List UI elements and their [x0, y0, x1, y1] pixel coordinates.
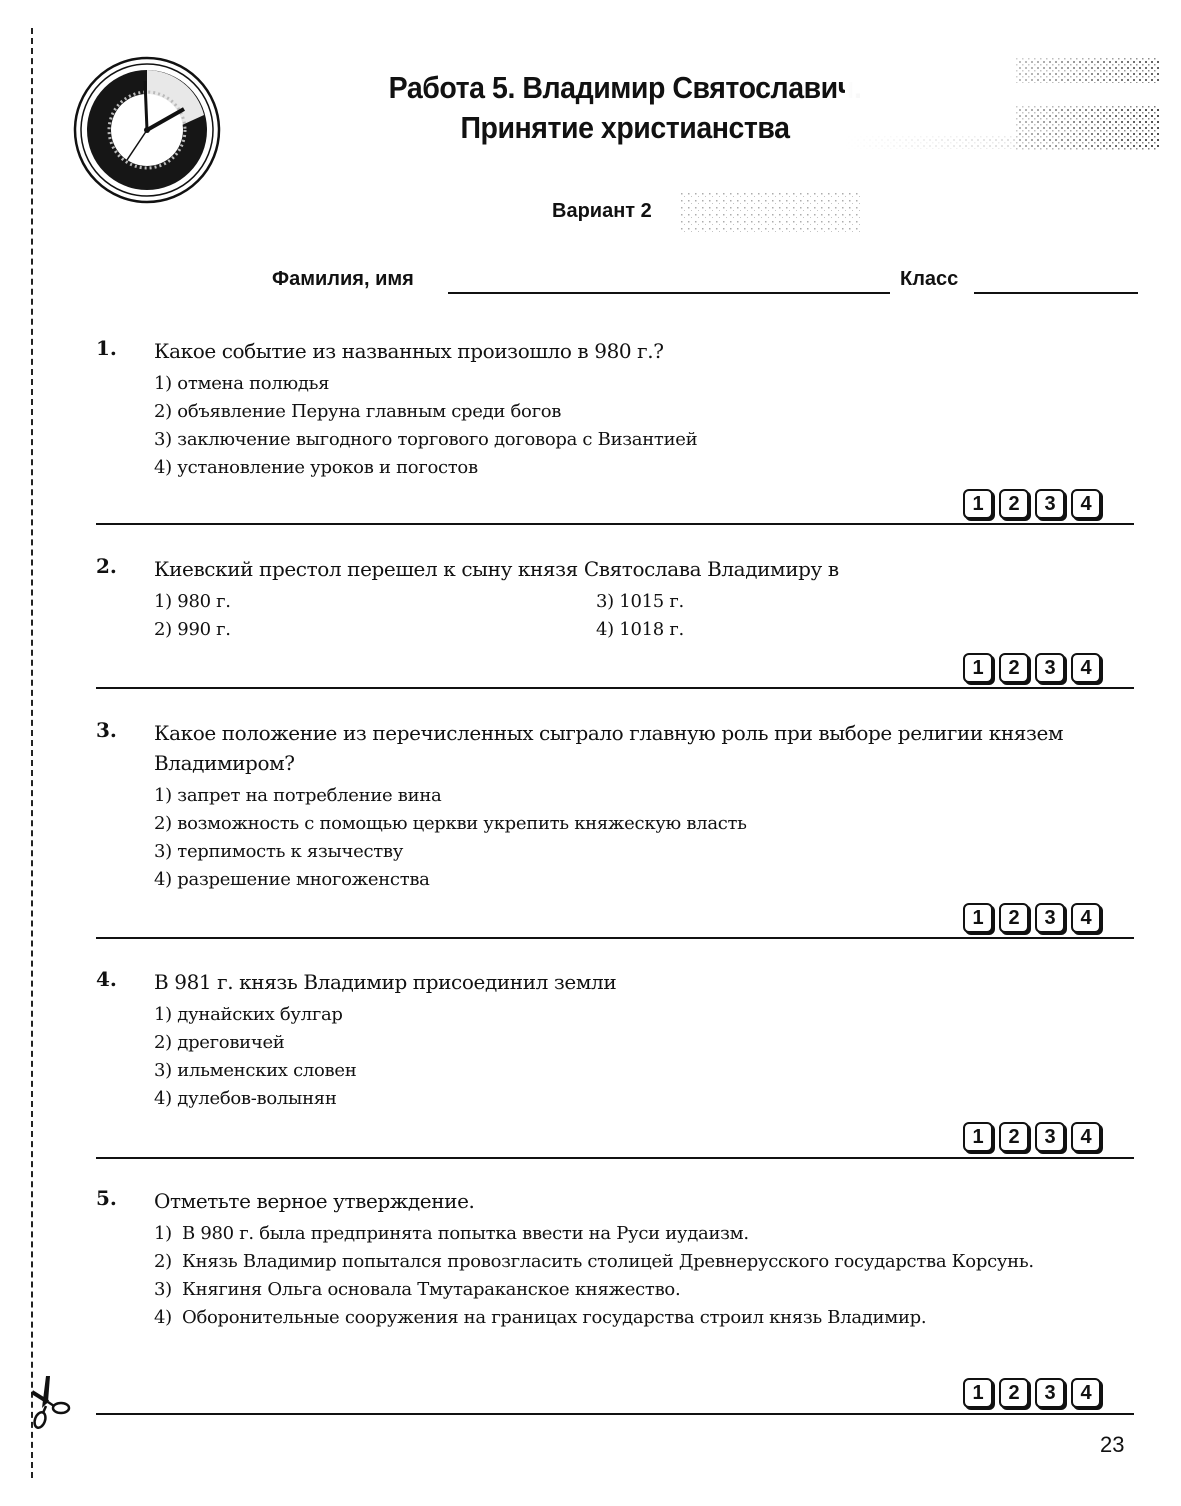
- name-field[interactable]: [448, 292, 890, 294]
- separator: [96, 1413, 1134, 1415]
- question-number: 1.: [96, 336, 117, 360]
- separator: [96, 937, 1134, 939]
- option-3: 3) 1015 г.: [596, 588, 896, 616]
- option-1: 1)В 980 г. была предпринята попытка ввес…: [154, 1220, 1138, 1248]
- question-4: 4. В 981 г. князь Владимир присоединил з…: [96, 967, 1138, 1113]
- options-list: 1)В 980 г. была предпринята попытка ввес…: [154, 1220, 1138, 1332]
- answer-box-4[interactable]: 4: [1071, 903, 1101, 933]
- question-text: Отметьте верное утверждение.: [154, 1186, 1138, 1216]
- option-2: 2) 990 г.: [154, 616, 596, 644]
- option-1: 1) запрет на потребление вина: [154, 782, 1138, 810]
- question-text: В 981 г. князь Владимир присоединил земл…: [154, 967, 1138, 997]
- options-list: 1) 980 г. 2) 990 г. 3) 1015 г. 4) 1018 г…: [154, 588, 1138, 644]
- answer-box-2[interactable]: 2: [999, 1122, 1029, 1152]
- option-2: 2) дреговичей: [154, 1029, 1138, 1057]
- answer-box-2[interactable]: 2: [999, 903, 1029, 933]
- question-1: 1. Какое событие из названных произошло …: [96, 336, 1138, 482]
- answer-box-1[interactable]: 1: [963, 653, 993, 683]
- question-2: 2. Киевский престол перешел к сыну князя…: [96, 554, 1138, 644]
- answer-boxes-q1: 1 2 3 4: [963, 489, 1101, 519]
- answer-boxes-q3: 1 2 3 4: [963, 903, 1101, 933]
- question-number: 2.: [96, 554, 117, 578]
- answer-box-1[interactable]: 1: [963, 489, 993, 519]
- answer-box-3[interactable]: 3: [1035, 903, 1065, 933]
- variant-label: Вариант 2: [552, 200, 652, 223]
- question-text: Какое событие из названных произошло в 9…: [154, 336, 1138, 366]
- option-3: 3) заключение выгодного торгового догово…: [154, 426, 1138, 454]
- option-1: 1) дунайских булгар: [154, 1001, 1138, 1029]
- student-info-row: Фамилия, имя Класс: [272, 266, 1138, 296]
- answer-box-4[interactable]: 4: [1071, 1378, 1101, 1408]
- question-5: 5. Отметьте верное утверждение. 1)В 980 …: [96, 1186, 1138, 1332]
- separator: [96, 687, 1134, 689]
- page-title: Работа 5. Владимир Святославич. Принятие…: [326, 68, 924, 148]
- cut-line: [31, 28, 33, 1478]
- answer-box-1[interactable]: 1: [963, 1378, 993, 1408]
- answer-box-1[interactable]: 1: [963, 1122, 993, 1152]
- variant-texture-decoration: [680, 192, 860, 234]
- question-number: 3.: [96, 718, 117, 742]
- question-number: 4.: [96, 967, 117, 991]
- title-line-1: Работа 5. Владимир Святославич.: [326, 68, 924, 108]
- option-3: 3)Княгиня Ольга основала Тмутараканское …: [154, 1276, 1138, 1304]
- answer-boxes-q2: 1 2 3 4: [963, 653, 1101, 683]
- option-4: 4) разрешение многоженства: [154, 866, 1138, 894]
- answer-box-2[interactable]: 2: [999, 489, 1029, 519]
- option-4: 4) дулебов-волынян: [154, 1085, 1138, 1113]
- answer-box-1[interactable]: 1: [963, 903, 993, 933]
- answer-boxes-q5: 1 2 3 4: [963, 1378, 1101, 1408]
- grunge-texture-decoration: [845, 55, 1165, 155]
- answer-box-4[interactable]: 4: [1071, 489, 1101, 519]
- class-label: Класс: [900, 268, 958, 291]
- answer-box-2[interactable]: 2: [999, 1378, 1029, 1408]
- question-text: Какое положение из перечисленных сыграло…: [154, 718, 1138, 778]
- options-list: 1) отмена полюдья 2) объявление Перуна г…: [154, 370, 1138, 482]
- options-list: 1) дунайских булгар 2) дреговичей 3) иль…: [154, 1001, 1138, 1113]
- answer-box-3[interactable]: 3: [1035, 489, 1065, 519]
- options-list: 1) запрет на потребление вина 2) возможн…: [154, 782, 1138, 894]
- option-4: 4) установление уроков и погостов: [154, 454, 1138, 482]
- option-1: 1) отмена полюдья: [154, 370, 1138, 398]
- separator: [96, 523, 1134, 525]
- answer-box-3[interactable]: 3: [1035, 653, 1065, 683]
- option-2: 2) возможность с помощью церкви укрепить…: [154, 810, 1138, 838]
- question-3: 3. Какое положение из перечисленных сыгр…: [96, 718, 1138, 894]
- option-4: 4)Оборонительные сооружения на границах …: [154, 1304, 1138, 1332]
- option-2: 2) объявление Перуна главным среди богов: [154, 398, 1138, 426]
- question-text: Киевский престол перешел к сыну князя Св…: [154, 554, 1138, 584]
- answer-box-4[interactable]: 4: [1071, 1122, 1101, 1152]
- answer-box-2[interactable]: 2: [999, 653, 1029, 683]
- title-line-2: Принятие христианства: [326, 108, 924, 148]
- option-3: 3) терпимость к язычеству: [154, 838, 1138, 866]
- option-2: 2)Князь Владимир попытался провозгласить…: [154, 1248, 1138, 1276]
- answer-box-3[interactable]: 3: [1035, 1378, 1065, 1408]
- page-number: 23: [1100, 1432, 1124, 1458]
- question-number: 5.: [96, 1186, 117, 1210]
- answer-box-4[interactable]: 4: [1071, 653, 1101, 683]
- option-3: 3) ильменских словен: [154, 1057, 1138, 1085]
- clock-icon: [72, 55, 222, 205]
- answer-box-3[interactable]: 3: [1035, 1122, 1065, 1152]
- class-field[interactable]: [974, 292, 1138, 294]
- answer-boxes-q4: 1 2 3 4: [963, 1122, 1101, 1152]
- name-label: Фамилия, имя: [272, 268, 414, 291]
- option-4: 4) 1018 г.: [596, 616, 896, 644]
- scissors-icon: [26, 1372, 74, 1432]
- separator: [96, 1157, 1134, 1159]
- option-1: 1) 980 г.: [154, 588, 596, 616]
